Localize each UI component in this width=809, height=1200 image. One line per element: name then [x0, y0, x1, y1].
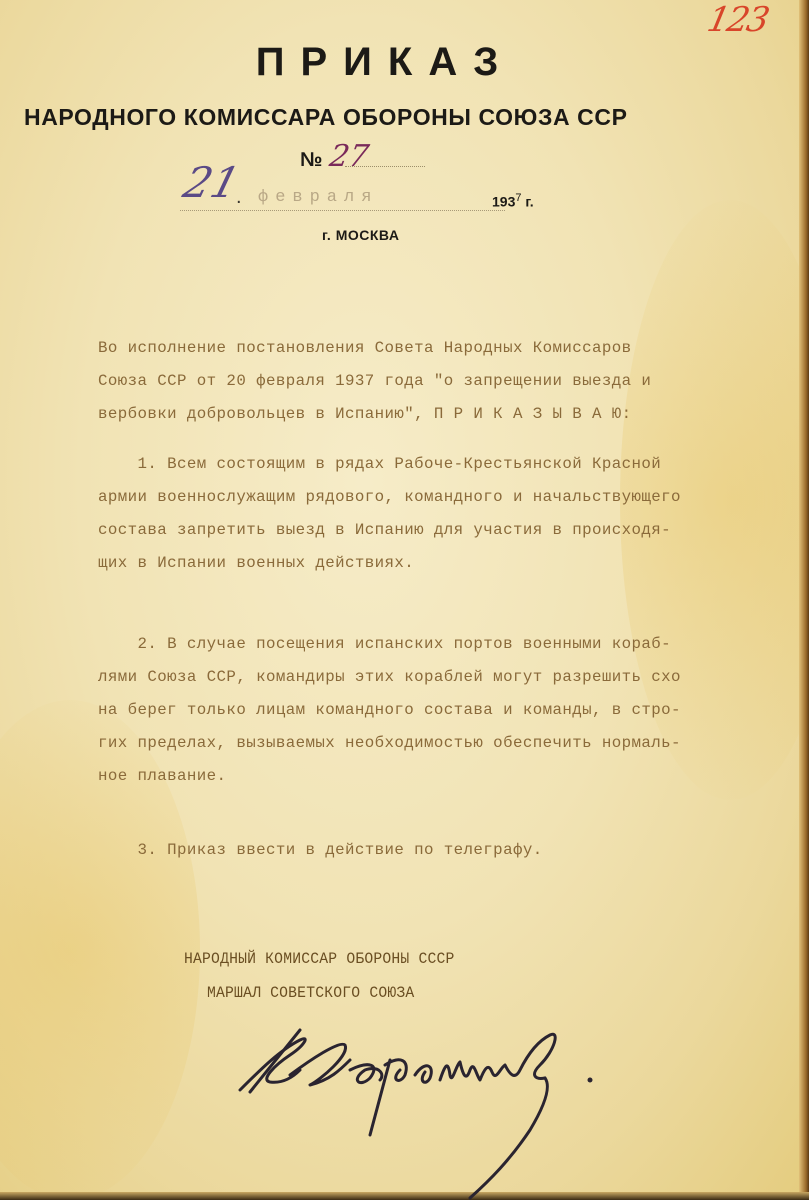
document-title: ПРИКАЗ: [0, 40, 750, 85]
handwritten-signature: [230, 1020, 670, 1200]
signatory-title-2: МАРШАЛ СОВЕТСКОГО СОЮЗА: [184, 976, 455, 1010]
paragraph-item-1: 1. Всем состоящим в рядах Рабоче-Крестья…: [98, 448, 773, 580]
year-suffix: 7: [515, 192, 521, 204]
document-city: г. МОСКВА: [322, 227, 399, 243]
paragraph-preamble: Во исполнение постановления Совета Народ…: [98, 332, 773, 431]
signatory-title-1: НАРОДНЫЙ КОМИССАР ОБОРОНЫ СССР: [184, 942, 455, 976]
page-edge-shadow: [799, 0, 809, 1200]
date-separator: .: [236, 186, 242, 209]
paragraph-item-3: 3. Приказ ввести в действие по телеграфу…: [98, 834, 773, 867]
year-prefix: 193: [492, 194, 515, 210]
date-underline: [180, 210, 505, 211]
order-date: 21 . февраля 1937 г.: [180, 158, 580, 218]
year-unit: г.: [525, 194, 533, 210]
date-month: февраля: [258, 188, 378, 207]
folio-number: 123: [704, 0, 771, 40]
paragraph-item-2: 2. В случае посещения испанских портов в…: [98, 628, 773, 793]
date-year: 1937 г.: [492, 192, 534, 210]
document-issuer: НАРОДНОГО КОМИССАРА ОБОРОНЫ СОЮЗА ССР: [24, 104, 744, 131]
signatory-block: НАРОДНЫЙ КОМИССАР ОБОРОНЫ СССР МАРШАЛ СО…: [184, 942, 455, 1010]
